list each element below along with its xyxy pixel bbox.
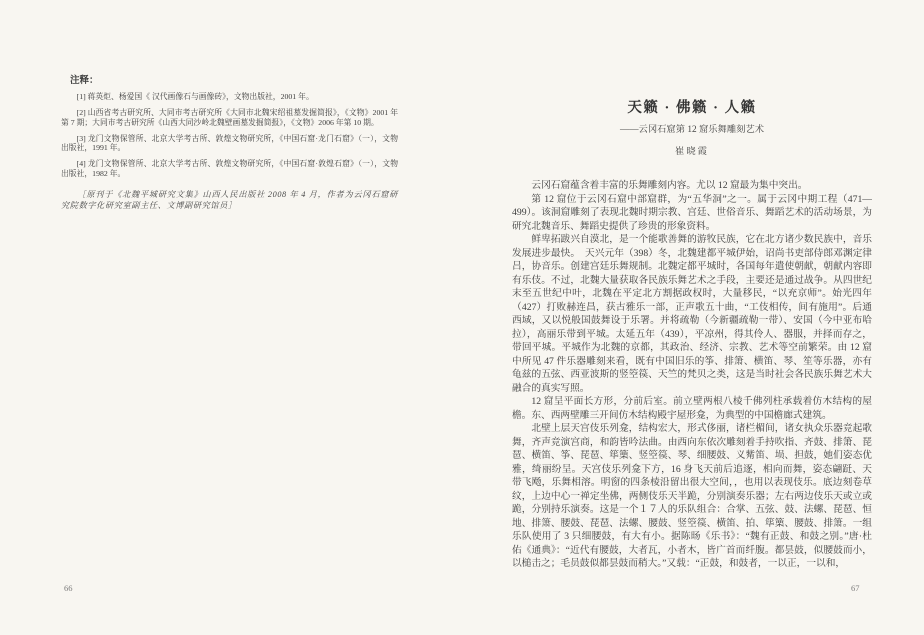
paragraph-2: 第 12 窟位于云冈石窟中部窟群，为“五华洞”之一。属于云冈中期工程（471—4… xyxy=(512,193,872,234)
page-number-left: 66 xyxy=(64,583,73,593)
page-number-right: 67 xyxy=(851,583,860,593)
paragraph-1: 云冈石窟蕴含着丰富的乐舞雕刻内容。尤以 12 窟最为集中突出。 xyxy=(512,179,872,193)
article-author: 崔晓霞 xyxy=(512,147,872,158)
book-spread: 注释： [1] 蒋英炬、杨爱国《 汉代画像石与画像砖》，文物出版社，2001 年… xyxy=(0,0,924,635)
footnote-2: [2] 山西省考古研究所、大同市考古研究所《大同市北魏宋绍祖墓发掘简报》，《文物… xyxy=(61,108,398,127)
article-subtitle: ——云冈石窟第 12 窟乐舞雕刻艺术 xyxy=(512,125,872,136)
left-page: 注释： [1] 蒋英炬、杨爱国《 汉代画像石与画像砖》，文物出版社，2001 年… xyxy=(61,76,398,211)
paragraph-4: 12 窟呈平面长方形，分前后室。前立壁两根八棱千佛列柱承载着仿木结构的屋檐。东、… xyxy=(512,395,872,422)
article-body: 云冈石窟蕴含着丰富的乐舞雕刻内容。尤以 12 窟最为集中突出。 第 12 窟位于… xyxy=(512,179,872,571)
article-title: 天籁 · 佛籁 · 人籁 xyxy=(512,100,872,116)
paragraph-3: 鲜卑拓跋兴自漠北，是一个能歌善舞的游牧民族，它在北方诸少数民族中，音乐发展进步最… xyxy=(512,233,872,395)
editor-note: ［原刊于《北魏平城研究文集》山西人民出版社 2008 年 4 月，作者为云冈石窟… xyxy=(61,190,398,211)
footnote-1: [1] 蒋英炬、杨爱国《 汉代画像石与画像砖》，文物出版社，2001 年。 xyxy=(61,92,398,102)
footnote-3: [3] 龙门文物保管所、北京大学考古所、敦煌文物研究所，《中国石窟·龙门石窟》（… xyxy=(61,134,398,153)
right-page: 天籁 · 佛籁 · 人籁 ——云冈石窟第 12 窟乐舞雕刻艺术 崔晓霞 云冈石窟… xyxy=(512,100,872,571)
footnote-4: [4] 龙门文物保管所、北京大学考古所、敦煌文物研究所，《中国石窟·敦煌石窟》（… xyxy=(61,159,398,178)
paragraph-5: 北壁上层天宫伎乐列龛，结构宏大，形式侈丽，诸栏楣间，诸女执众乐器竞起歌舞，齐声竞… xyxy=(512,422,872,571)
notes-heading: 注释： xyxy=(70,76,398,87)
